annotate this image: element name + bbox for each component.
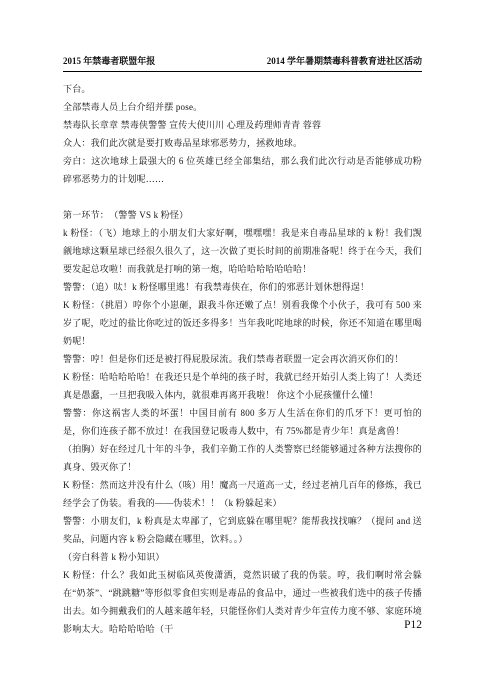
paragraph: 禁毒队长章章 禁毒侠警警 宣传大使川川 心理及药理师青青 蓉蓉 (63, 116, 422, 134)
document-body: 下台。全部禁毒人员上台介绍并摆 pose。禁毒队长章章 禁毒侠警警 宣传大使川川… (63, 80, 422, 638)
paragraph: k 粉怪：（飞）地球上的小朋友们大家好啊，嘿嘿嘿！我是来自毒品星球的 k 粉！我… (63, 224, 422, 278)
paragraph: 众人：我们此次就是要打败毒品星球邪恶势力，拯救地球。 (63, 134, 422, 152)
paragraph: K 粉怪：然而这并没有什么（咳）用！魔高一尺道高一丈，经过老衲几百年的修炼，我已… (63, 476, 422, 512)
paragraph: 警警：哼！但是你们还是被打得屁股尿流。我们禁毒者联盟一定会再次消灭你们的！ (63, 350, 422, 368)
page-number: P12 (404, 619, 422, 631)
paragraph: K 粉怪：什么？我如此玉树临风英俊潇洒，竟然识破了我的伪装。哼，我们啊时常会躲在… (63, 566, 422, 638)
paragraph: 旁白：这次地球上最强大的 6 位英雄已经全部集结，那么我们此次行动是否能够成功粉… (63, 152, 422, 188)
paragraph: 警警：（追）呔！k 粉怪哪里逃！有我禁毒侠在，你们的邪恶计划休想得逞！ (63, 278, 422, 296)
paragraph: 警警：小朋友们，k 粉真是太卑鄙了，它到底躲在哪里呢？能帮我找找嘛？（提问 an… (63, 512, 422, 548)
page-header: 2015 年禁毒者联盟年报 2014 学年暑期禁毒科普教育进社区活动 (63, 54, 422, 72)
paragraph: （拍胸）好在经过几十年的斗争，我们辛勤工作的人类警察已经能够通过各种方法搜你的真… (63, 440, 422, 476)
paragraph: 警警：你这祸害人类的坏蛋！中国目前有 800 多万人生活在你们的爪牙下！更可怕的… (63, 404, 422, 440)
header-left-title: 2015 年禁毒者联盟年报 (63, 54, 155, 67)
paragraph: K 粉怪：哈哈哈哈哈！在我还只是个单纯的孩子时，我就已经开始引人类上钩了！人类还… (63, 368, 422, 404)
blank-line (63, 188, 422, 206)
header-right-title: 2014 学年暑期禁毒科普教育进社区活动 (267, 54, 422, 67)
paragraph: （旁白科普 k 粉小知识） (63, 548, 422, 566)
paragraph: 下台。 (63, 80, 422, 98)
paragraph: K 粉怪：（挑眉）哼你个小崽砸，跟我斗你还嫩了点！别看我像个小伙子，我可有 50… (63, 296, 422, 350)
paragraph: 第一环节： （警警 VS k 粉怪） (63, 206, 422, 224)
document-page: 2015 年禁毒者联盟年报 2014 学年暑期禁毒科普教育进社区活动 下台。全部… (0, 0, 480, 678)
paragraph: 全部禁毒人员上台介绍并摆 pose。 (63, 98, 422, 116)
